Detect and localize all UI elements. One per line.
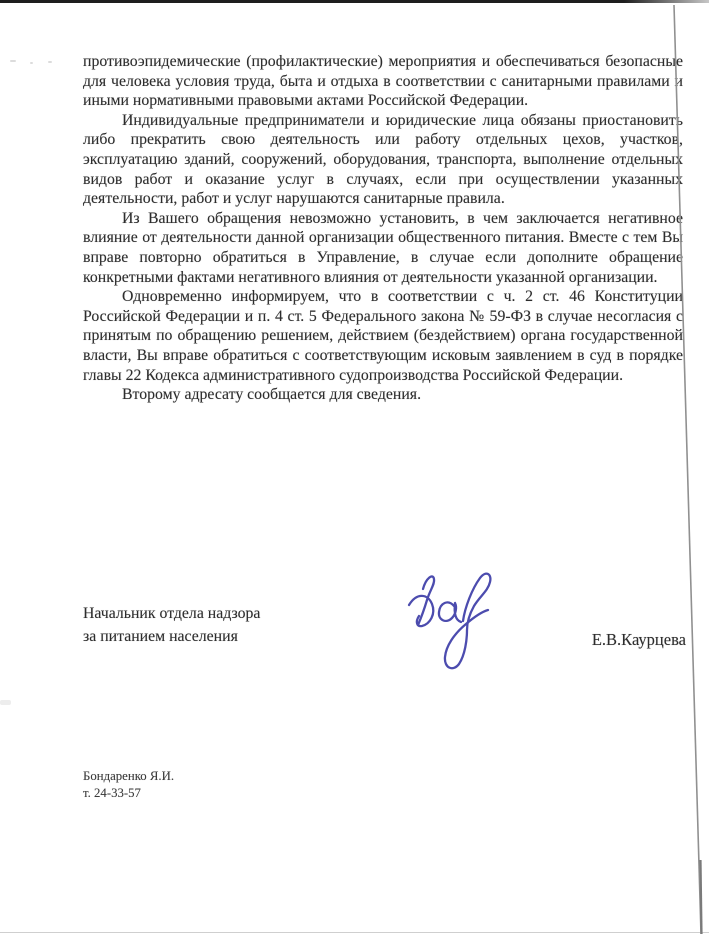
executor-info: Бондаренко Я.И. т. 24-33-57 (83, 768, 174, 801)
signer-position-line2: за питанием населения (83, 626, 260, 649)
paragraph-appeal-response: Из Вашего обращения невозможно установит… (83, 209, 683, 287)
scan-noise-speck (30, 62, 33, 64)
scan-top-border (0, 0, 709, 3)
scan-bottom-edge-line (0, 932, 709, 933)
scanned-letter-page: { "document": { "paragraphs": [ { "text"… (0, 0, 709, 934)
paragraph-sanitary-rules: противоэпидемические (профилактические) … (83, 52, 683, 111)
paragraph-entrepreneurs-obligation: Индивидуальные предприниматели и юридиче… (83, 111, 683, 209)
executor-name: Бондаренко Я.И. (83, 768, 174, 785)
letter-body: противоэпидемические (профилактические) … (83, 52, 683, 405)
handwritten-signature-ink (397, 565, 522, 675)
scan-noise-speck (10, 60, 16, 62)
scan-noise-speck (48, 61, 52, 63)
executor-phone: т. 24-33-57 (83, 785, 174, 802)
signer-position-title: Начальник отдела надзора за питанием нас… (83, 603, 260, 648)
scan-noise-smudge (0, 700, 11, 705)
signer-position-line1: Начальник отдела надзора (83, 603, 260, 626)
paragraph-legal-recourse: Одновременно информируем, что в соответс… (83, 287, 683, 385)
paragraph-second-addressee: Второму адресату сообщается для сведения… (83, 385, 683, 405)
signer-name: Е.В.Каурцева (592, 630, 686, 650)
